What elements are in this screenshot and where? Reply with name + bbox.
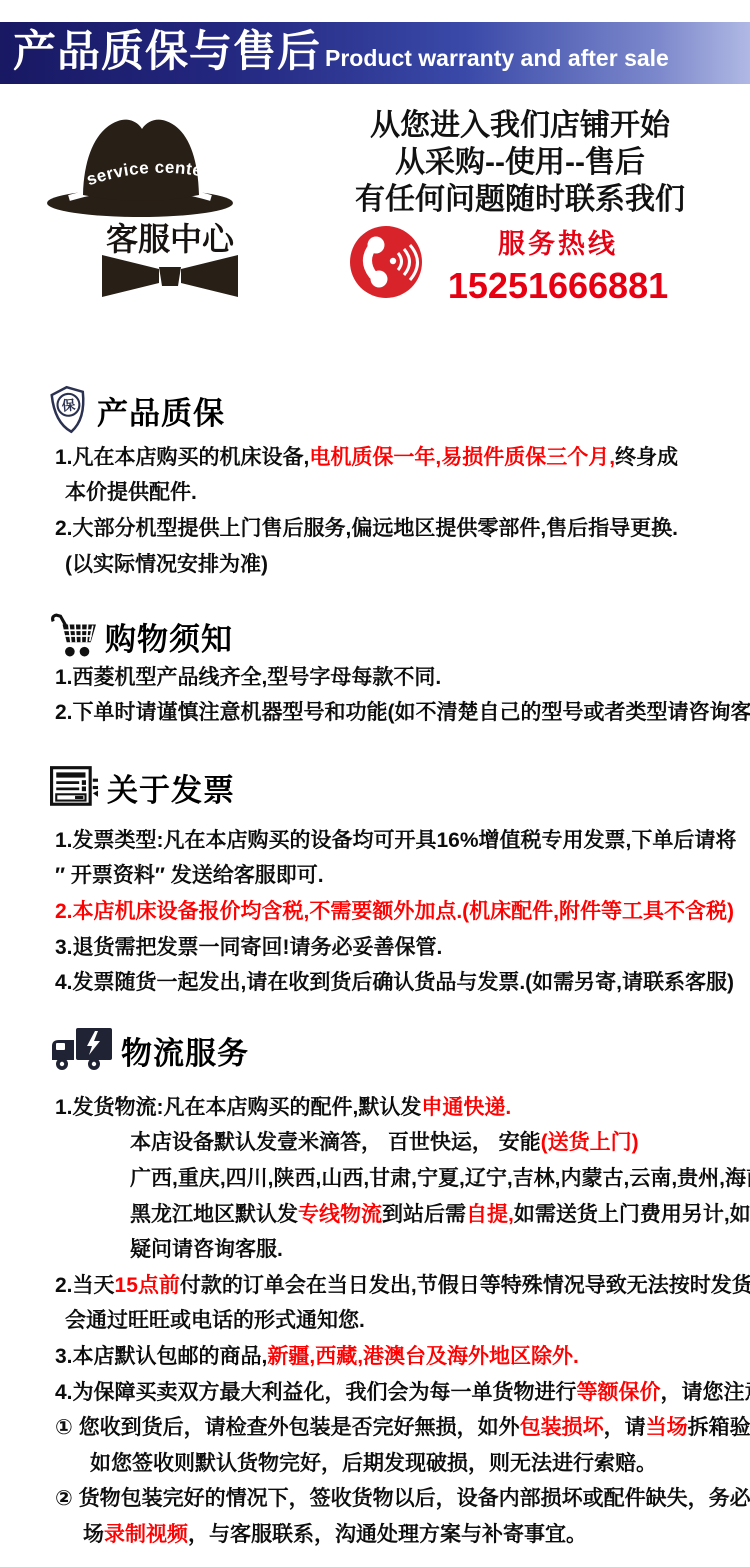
- invoice-icon: [50, 766, 98, 808]
- body-text: ① 您收到货后，请检查外包装是否完好無损，如外: [55, 1411, 520, 1441]
- text-line: 4.发票随货一起发出,请在收到货后确认货品与发票.(如需另寄,请联系客服): [0, 963, 750, 999]
- highlighted-text: 2.本店机床设备报价均含税,不需要额外加点.(机床配件,附件等工具不含税): [55, 895, 734, 925]
- text-line: 1.凡在本店购买的机床设备,电机质保一年,易损件质保三个月,终身成: [0, 438, 750, 474]
- text-line: ② 货物包装完好的情况下，签收货物以后，设备内部损坏或配件缺失，务必当: [0, 1480, 750, 1516]
- hotline: 服务热线 15251666881: [440, 222, 676, 307]
- section-title: 购物须知: [105, 614, 233, 659]
- body-text: 1.西菱机型产品线齐全,型号字母每款不同.: [55, 661, 441, 691]
- body-text: 终身成: [615, 441, 678, 471]
- text-line: 如您签收则默认货物完好，后期发现破损，则无法进行索赔。: [0, 1444, 750, 1480]
- text-line: (以实际情况安排为准): [0, 545, 750, 581]
- body-text: 3.本店默认包邮的商品,: [55, 1340, 267, 1370]
- section-invoice-body: 1.发票类型:凡在本店购买的设备均可开具16%增值税专用发票,下单后请将″ 开票…: [0, 821, 750, 999]
- body-text: 广西,重庆,四川,陕西,山西,甘肃,宁夏,辽宁,吉林,内蒙古,云南,贵州,海南,: [130, 1162, 750, 1192]
- highlighted-text: 包装损坏: [520, 1411, 604, 1441]
- intro-line: 有任何问题随时联系我们: [330, 181, 710, 218]
- body-text: 2.大部分机型提供上门售后服务,偏远地区提供零部件,售后指导更换.: [55, 512, 678, 542]
- body-text: ，与客服联系，沟通处理方案与补寄事宜。: [188, 1518, 587, 1548]
- page-title: 产品质保与售后: [13, 22, 321, 82]
- text-line: 1.西菱机型产品线齐全,型号字母每款不同.: [0, 658, 750, 694]
- text-line: 3.本店默认包邮的商品,新疆,西藏,港澳台及海外地区除外.: [0, 1337, 750, 1373]
- body-text: 本店设备默认发壹米滴答， 百世快运， 安能: [130, 1126, 541, 1156]
- body-text: 黑龙江地区默认发: [130, 1198, 298, 1228]
- text-line: 2.当天15点前付款的订单会在当日发出,节假日等特殊情况导致无法按时发货,我们: [0, 1266, 750, 1302]
- body-text: ″ 开票资料″ 发送给客服即可.: [55, 859, 324, 889]
- body-text: ② 货物包装完好的情况下，签收货物以后，设备内部损坏或配件缺失，务必当: [55, 1482, 750, 1512]
- text-line: 广西,重庆,四川,陕西,山西,甘肃,宁夏,辽宁,吉林,内蒙古,云南,贵州,海南,: [0, 1159, 750, 1195]
- body-text: 4.发票随货一起发出,请在收到货后确认货品与发票.(如需另寄,请联系客服): [55, 966, 734, 996]
- body-text: 场: [83, 1518, 104, 1548]
- body-text: ，请您注意:: [661, 1376, 750, 1406]
- text-line: 3.退货需把发票一同寄回!请务必妥善保管.: [0, 928, 750, 964]
- text-line: 黑龙江地区默认发专线物流到站后需自提,如需送货上门费用另计,如有: [0, 1195, 750, 1231]
- text-line: 本价提供配件.: [0, 474, 750, 510]
- section-logistics-body: 1.发货物流:凡在本店购买的配件,默认发申通快递.本店设备默认发壹米滴答， 百世…: [0, 1088, 750, 1551]
- service-center-logo: service center 客服中心: [45, 103, 265, 308]
- text-line: 1.发票类型:凡在本店购买的设备均可开具16%增值税专用发票,下单后请将: [0, 821, 750, 857]
- section-logistics-heading: 物流服务: [50, 1026, 249, 1074]
- body-text: 如您签收则默认货物完好，后期发现破损，则无法进行索赔。: [90, 1447, 657, 1477]
- text-line: 1.发货物流:凡在本店购买的配件,默认发申通快递.: [0, 1088, 750, 1124]
- body-text: 付款的订单会在当日发出,节假日等特殊情况导致无法按时发货,我们: [180, 1269, 750, 1299]
- text-line: 本店设备默认发壹米滴答， 百世快运， 安能(送货上门): [0, 1124, 750, 1160]
- body-text: 1.发票类型:凡在本店购买的设备均可开具16%增值税专用发票,下单后请将: [55, 824, 736, 854]
- highlighted-text: 电机质保一年,易损件质保三个月,: [309, 441, 615, 471]
- body-text: 1.凡在本店购买的机床设备,: [55, 441, 309, 471]
- body-text: 到站后需: [382, 1198, 466, 1228]
- section-invoice-heading: 关于发票: [50, 763, 235, 811]
- highlighted-text: 新疆,西藏,港澳台及海外地区除外.: [267, 1340, 579, 1370]
- highlighted-text: 当场: [646, 1411, 688, 1441]
- section-shopping-heading: 购物须知: [50, 612, 233, 660]
- text-line: 2.本店机床设备报价均含税,不需要额外加点.(机床配件,附件等工具不含税): [0, 892, 750, 928]
- bow-tie-icon: [102, 255, 238, 297]
- text-line: ″ 开票资料″ 发送给客服即可.: [0, 857, 750, 893]
- body-text: (以实际情况安排为准): [65, 548, 268, 578]
- section-title: 关于发票: [107, 765, 235, 810]
- highlighted-text: 专线物流: [298, 1198, 382, 1228]
- highlighted-text: 自提,: [466, 1198, 514, 1228]
- svg-text:保: 保: [61, 396, 77, 413]
- body-text: 1.发货物流:凡在本店购买的配件,默认发: [55, 1091, 421, 1121]
- body-text: 拆箱验收: [688, 1411, 750, 1441]
- cart-icon: [50, 612, 96, 660]
- page: 产品质保与售后 Product warranty and after sale …: [0, 0, 750, 1567]
- body-text: 本价提供配件.: [65, 476, 197, 506]
- body-text: ，请: [604, 1411, 646, 1441]
- text-line: 2.下单时请谨慎注意机器型号和功能(如不清楚自己的型号或者类型请咨询客服): [0, 694, 750, 730]
- text-line: 2.大部分机型提供上门售后服务,偏远地区提供零部件,售后指导更换.: [0, 509, 750, 545]
- hotline-number: 15251666881: [440, 265, 676, 307]
- body-text: 如需送货上门费用另计,如有: [514, 1198, 750, 1228]
- highlighted-text: 申通快递.: [421, 1091, 511, 1121]
- highlighted-text: 录制视频: [104, 1518, 188, 1548]
- text-line: ① 您收到货后，请检查外包装是否完好無损，如外包装损坏，请当场拆箱验收: [0, 1408, 750, 1444]
- section-shopping-body: 1.西菱机型产品线齐全,型号字母每款不同.2.下单时请谨慎注意机器型号和功能(如…: [0, 658, 750, 729]
- truck-icon: [50, 1028, 112, 1072]
- text-line: 4.为保障买卖双方最大利益化，我们会为每一单货物进行等额保价，请您注意:: [0, 1373, 750, 1409]
- text-line: 会通过旺旺或电话的形式通知您.: [0, 1302, 750, 1338]
- body-text: 2.下单时请谨慎注意机器型号和功能(如不清楚自己的型号或者类型请咨询客服): [55, 696, 750, 726]
- section-warranty-body: 1.凡在本店购买的机床设备,电机质保一年,易损件质保三个月,终身成本价提供配件.…: [0, 438, 750, 580]
- intro-line: 从采购--使用--售后: [330, 144, 710, 181]
- body-text: 会通过旺旺或电话的形式通知您.: [65, 1304, 365, 1334]
- intro-text: 从您进入我们店铺开始 从采购--使用--售后 有任何问题随时联系我们: [330, 107, 710, 218]
- section-warranty-heading: 保 产品质保: [50, 386, 225, 434]
- page-subtitle: Product warranty and after sale: [325, 45, 669, 72]
- text-line: 疑问请咨询客服.: [0, 1230, 750, 1266]
- highlighted-text: (送货上门): [541, 1126, 639, 1156]
- body-text: 2.当天: [55, 1269, 115, 1299]
- highlighted-text: 15点前: [115, 1269, 180, 1299]
- body-text: 4.为保障买卖双方最大利益化，我们会为每一单货物进行: [55, 1376, 577, 1406]
- intro-line: 从您进入我们店铺开始: [330, 107, 710, 144]
- hotline-label: 服务热线: [440, 222, 676, 261]
- body-text: 3.退货需把发票一同寄回!请务必妥善保管.: [55, 931, 442, 961]
- text-line: 场录制视频，与客服联系，沟通处理方案与补寄事宜。: [0, 1515, 750, 1551]
- shield-bao-icon: 保: [50, 385, 88, 435]
- service-center-label: 客服中心: [106, 221, 235, 257]
- phone-icon: [348, 224, 424, 300]
- highlighted-text: 等额保价: [577, 1376, 661, 1406]
- body-text: 疑问请咨询客服.: [130, 1233, 283, 1263]
- section-title: 产品质保: [97, 388, 225, 433]
- section-title: 物流服务: [121, 1028, 249, 1073]
- header-bar: 产品质保与售后 Product warranty and after sale: [0, 22, 750, 84]
